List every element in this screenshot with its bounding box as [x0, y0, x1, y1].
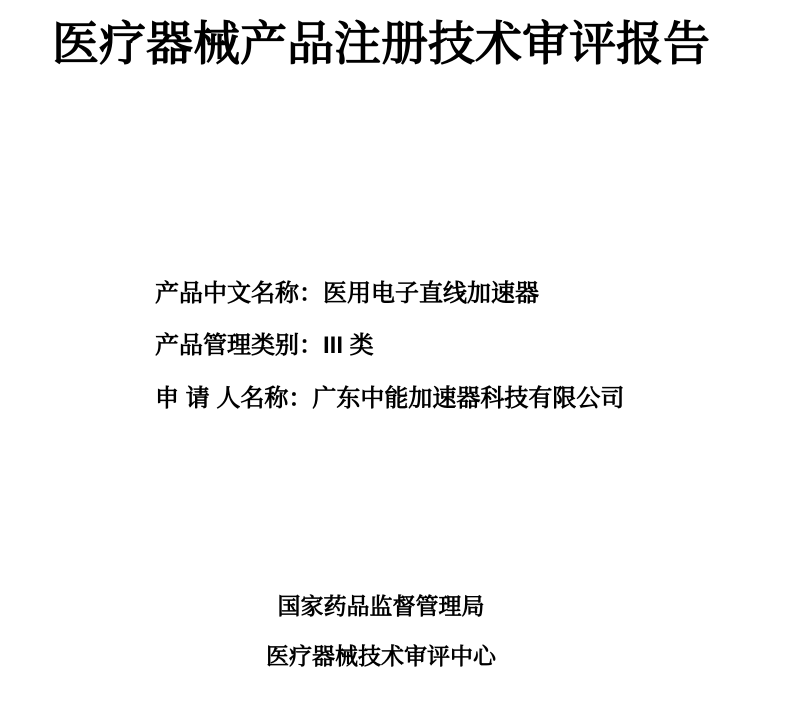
- field-row-product-name: 产品中文名称：医用电子直线加速器: [155, 264, 624, 316]
- issuing-authority-block: 国家药品监督管理局 医疗器械技术审评中心: [0, 594, 762, 669]
- authority-name: 国家药品监督管理局: [0, 594, 762, 619]
- field-label: 产品管理类别：: [155, 325, 323, 360]
- report-cover-page: 医疗器械产品注册技术审评报告 产品中文名称：医用电子直线加速器 产品管理类别：I…: [0, 0, 800, 704]
- field-label: 产品中文名称：: [155, 273, 323, 308]
- field-label: 申 请 人名称：: [155, 378, 312, 413]
- page-title: 医疗器械产品注册技术审评报告: [0, 14, 762, 74]
- review-center-name: 医疗器械技术审评中心: [0, 644, 762, 669]
- field-value: III 类: [323, 325, 374, 360]
- field-row-applicant-name: 申 请 人名称：广东中能加速器科技有限公司: [155, 369, 624, 421]
- field-value: 广东中能加速器科技有限公司: [312, 378, 624, 413]
- field-value: 医用电子直线加速器: [323, 273, 539, 308]
- page-content: 医疗器械产品注册技术审评报告 产品中文名称：医用电子直线加速器 产品管理类别：I…: [0, 0, 762, 704]
- product-info-block: 产品中文名称：医用电子直线加速器 产品管理类别：III 类 申 请 人名称：广东…: [155, 264, 624, 421]
- field-row-product-class: 产品管理类别：III 类: [155, 317, 624, 369]
